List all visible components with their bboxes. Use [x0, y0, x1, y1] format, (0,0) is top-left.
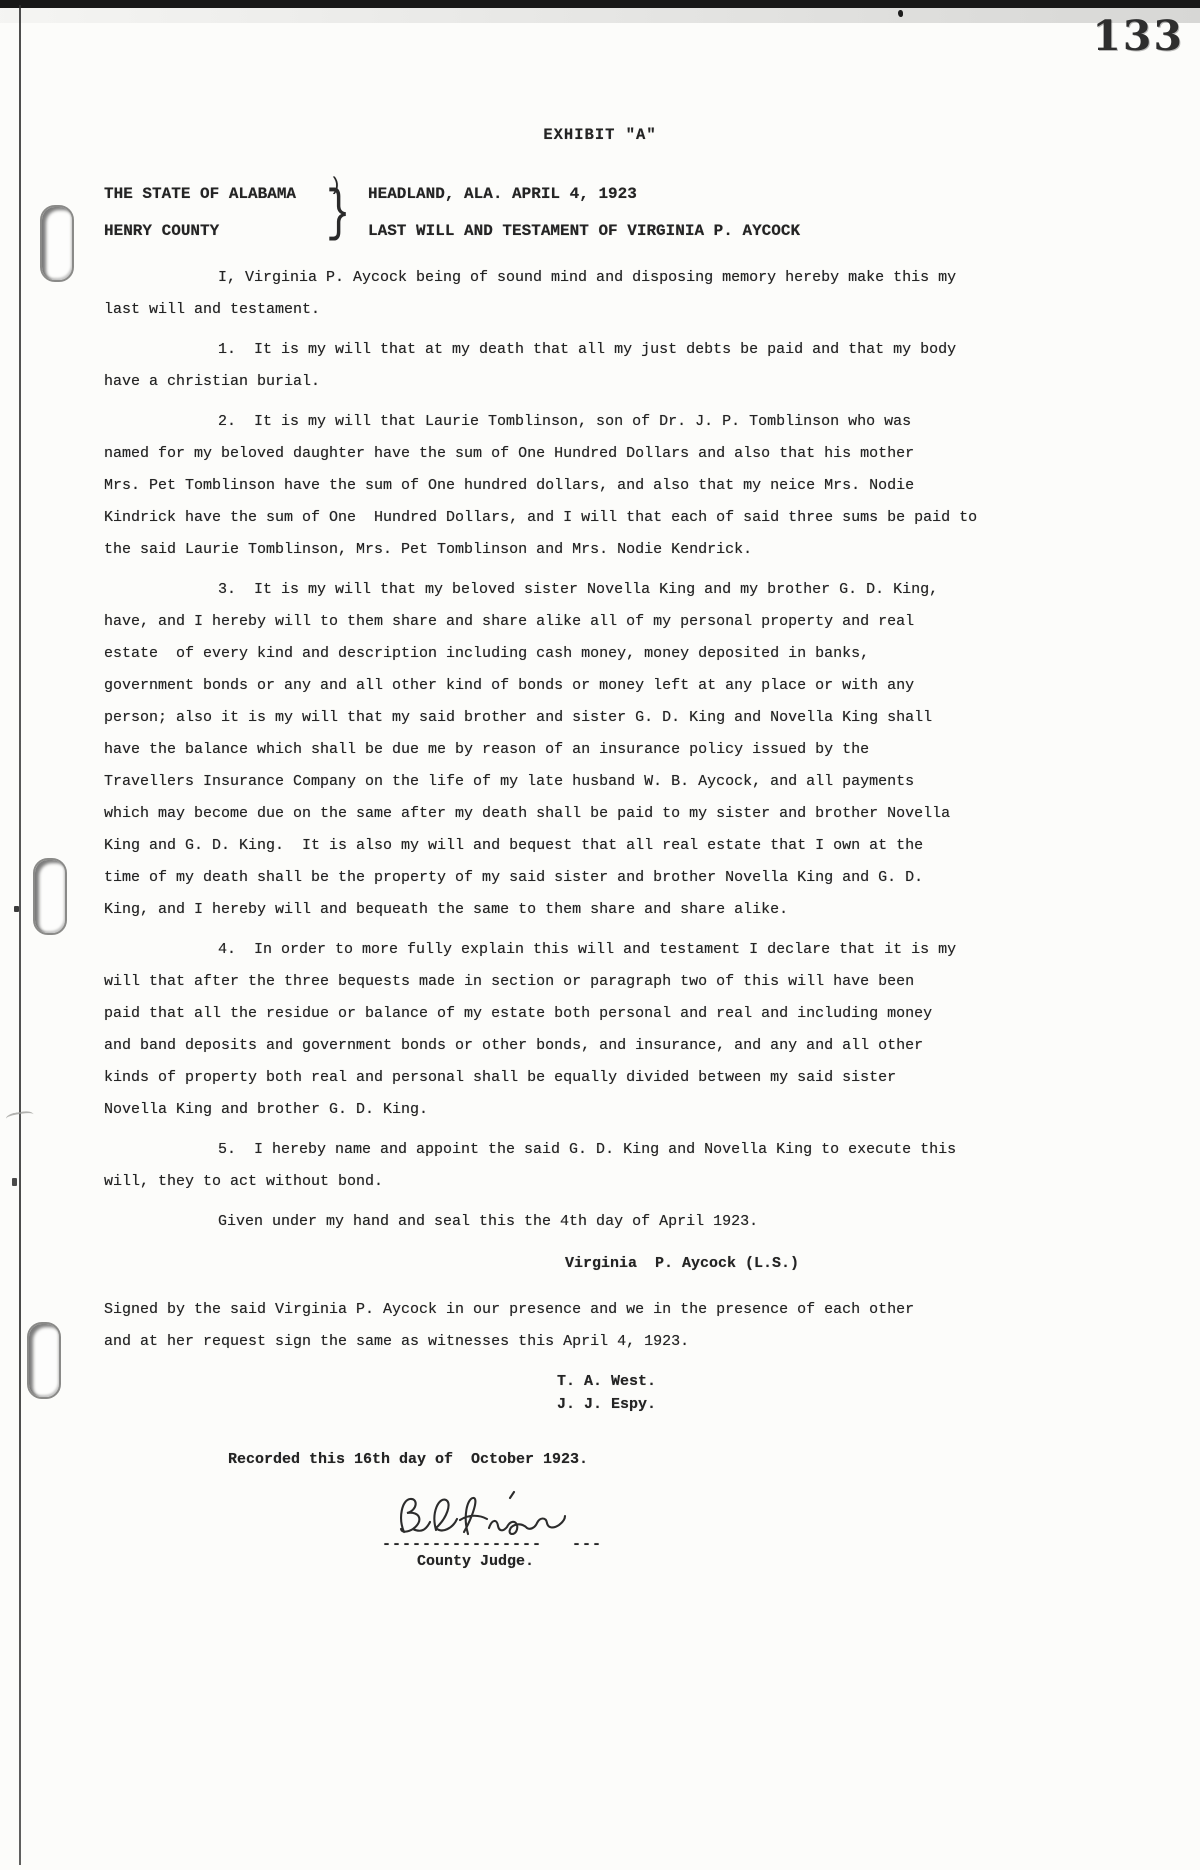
text-line: will that after the three bequests made … — [104, 966, 1004, 998]
text-line: Novella King and brother G. D. King. — [104, 1094, 1004, 1126]
text-line: person; also it is my will that my said … — [104, 702, 1004, 734]
text-line: HEADLAND, ALA. APRIL 4, 1923 — [368, 176, 800, 213]
caption-brace: } — [326, 182, 350, 246]
will-paragraph: 4. In order to more fully explain this w… — [104, 934, 1004, 1126]
text-line: government bonds or any and all other ki… — [104, 670, 1004, 702]
text-line: HENRY COUNTY — [104, 213, 296, 250]
text-line: King, and I hereby will and bequeath the… — [104, 894, 1004, 926]
text-line: have, and I hereby will to them share an… — [104, 606, 1004, 638]
text-line: last will and testament. — [104, 294, 1004, 326]
punch-hole — [33, 858, 67, 935]
text-line: estate of every kind and description inc… — [104, 638, 1004, 670]
text-line: 3. It is my will that my beloved sister … — [104, 574, 1004, 606]
text-line: Travellers Insurance Company on the life… — [104, 766, 1004, 798]
text-line: paid that all the residue or balance of … — [104, 998, 1004, 1030]
witness-list: T. A. West.J. J. Espy. — [557, 1370, 1004, 1416]
punch-hole — [40, 205, 74, 282]
scan-top-edge — [0, 0, 1200, 8]
text-line: T. A. West. — [557, 1370, 1004, 1393]
text-line: time of my death shall be the property o… — [104, 862, 1004, 894]
text-line: King and G. D. King. It is also my will … — [104, 830, 1004, 862]
ink-speck — [14, 906, 19, 912]
caption-heading: HEADLAND, ALA. APRIL 4, 1923LAST WILL AN… — [368, 176, 800, 250]
page-number: 133 — [1092, 12, 1184, 60]
ink-speck — [898, 10, 903, 17]
ink-speck — [12, 1178, 17, 1186]
testator-signature-line: Virginia P. Aycock (L.S.) — [565, 1248, 1004, 1280]
will-paragraph: Given under my hand and seal this the 4t… — [104, 1206, 1004, 1238]
judge-title: County Judge. — [417, 1552, 682, 1572]
punch-hole — [27, 1322, 61, 1399]
signature-rule: ---------------- --- — [382, 1538, 682, 1552]
will-body: I, Virginia P. Aycock being of sound min… — [104, 262, 1004, 1572]
text-line: and band deposits and government bonds o… — [104, 1030, 1004, 1062]
caption-jurisdiction: THE STATE OF ALABAMAHENRY COUNTY — [104, 176, 296, 250]
will-paragraph: 2. It is my will that Laurie Tomblinson,… — [104, 406, 1004, 566]
text-line: J. J. Espy. — [557, 1393, 1004, 1416]
text-line: Mrs. Pet Tomblinson have the sum of One … — [104, 470, 1004, 502]
attestation-clause: Signed by the said Virginia P. Aycock in… — [104, 1294, 1004, 1358]
scanned-document-page: 133 EXHIBIT "A" THE STATE OF ALABAMAHENR… — [0, 0, 1200, 1870]
text-line: 4. In order to more fully explain this w… — [104, 934, 1004, 966]
text-line: 2. It is my will that Laurie Tomblinson,… — [104, 406, 1004, 438]
text-line: kinds of property both real and personal… — [104, 1062, 1004, 1094]
text-line: 5. I hereby name and appoint the said G.… — [104, 1134, 1004, 1166]
text-line: will, they to act without bond. — [104, 1166, 1004, 1198]
text-line: I, Virginia P. Aycock being of sound min… — [104, 262, 1004, 294]
text-line: have a christian burial. — [104, 366, 1004, 398]
text-line: and at her request sign the same as witn… — [104, 1326, 1004, 1358]
text-line: Signed by the said Virginia P. Aycock in… — [104, 1294, 1004, 1326]
will-paragraph: 3. It is my will that my beloved sister … — [104, 574, 1004, 926]
text-line: 1. It is my will that at my death that a… — [104, 334, 1004, 366]
text-line: have the balance which shall be due me b… — [104, 734, 1004, 766]
scan-top-shadow — [0, 8, 1200, 23]
text-line: Kindrick have the sum of One Hundred Dol… — [104, 502, 1004, 534]
text-line: LAST WILL AND TESTAMENT OF VIRGINIA P. A… — [368, 213, 800, 250]
text-line: THE STATE OF ALABAMA — [104, 176, 296, 213]
will-paragraph: 1. It is my will that at my death that a… — [104, 334, 1004, 398]
recorded-line: Recorded this 16th day of October 1923. — [228, 1444, 1004, 1476]
text-line: which may become due on the same after m… — [104, 798, 1004, 830]
exhibit-title: EXHIBIT "A" — [0, 126, 1200, 144]
text-line: the said Laurie Tomblinson, Mrs. Pet Tom… — [104, 534, 1004, 566]
text-line: Given under my hand and seal this the 4t… — [104, 1206, 1004, 1238]
scan-left-edge-line — [19, 5, 21, 1865]
will-paragraph: 5. I hereby name and appoint the said G.… — [104, 1134, 1004, 1198]
text-line: named for my beloved daughter have the s… — [104, 438, 1004, 470]
judge-signature-block: ---------------- --- County Judge. — [382, 1490, 682, 1572]
will-paragraph: I, Virginia P. Aycock being of sound min… — [104, 262, 1004, 326]
pencil-mark — [5, 1110, 35, 1126]
will-paragraphs: I, Virginia P. Aycock being of sound min… — [104, 262, 1004, 1238]
